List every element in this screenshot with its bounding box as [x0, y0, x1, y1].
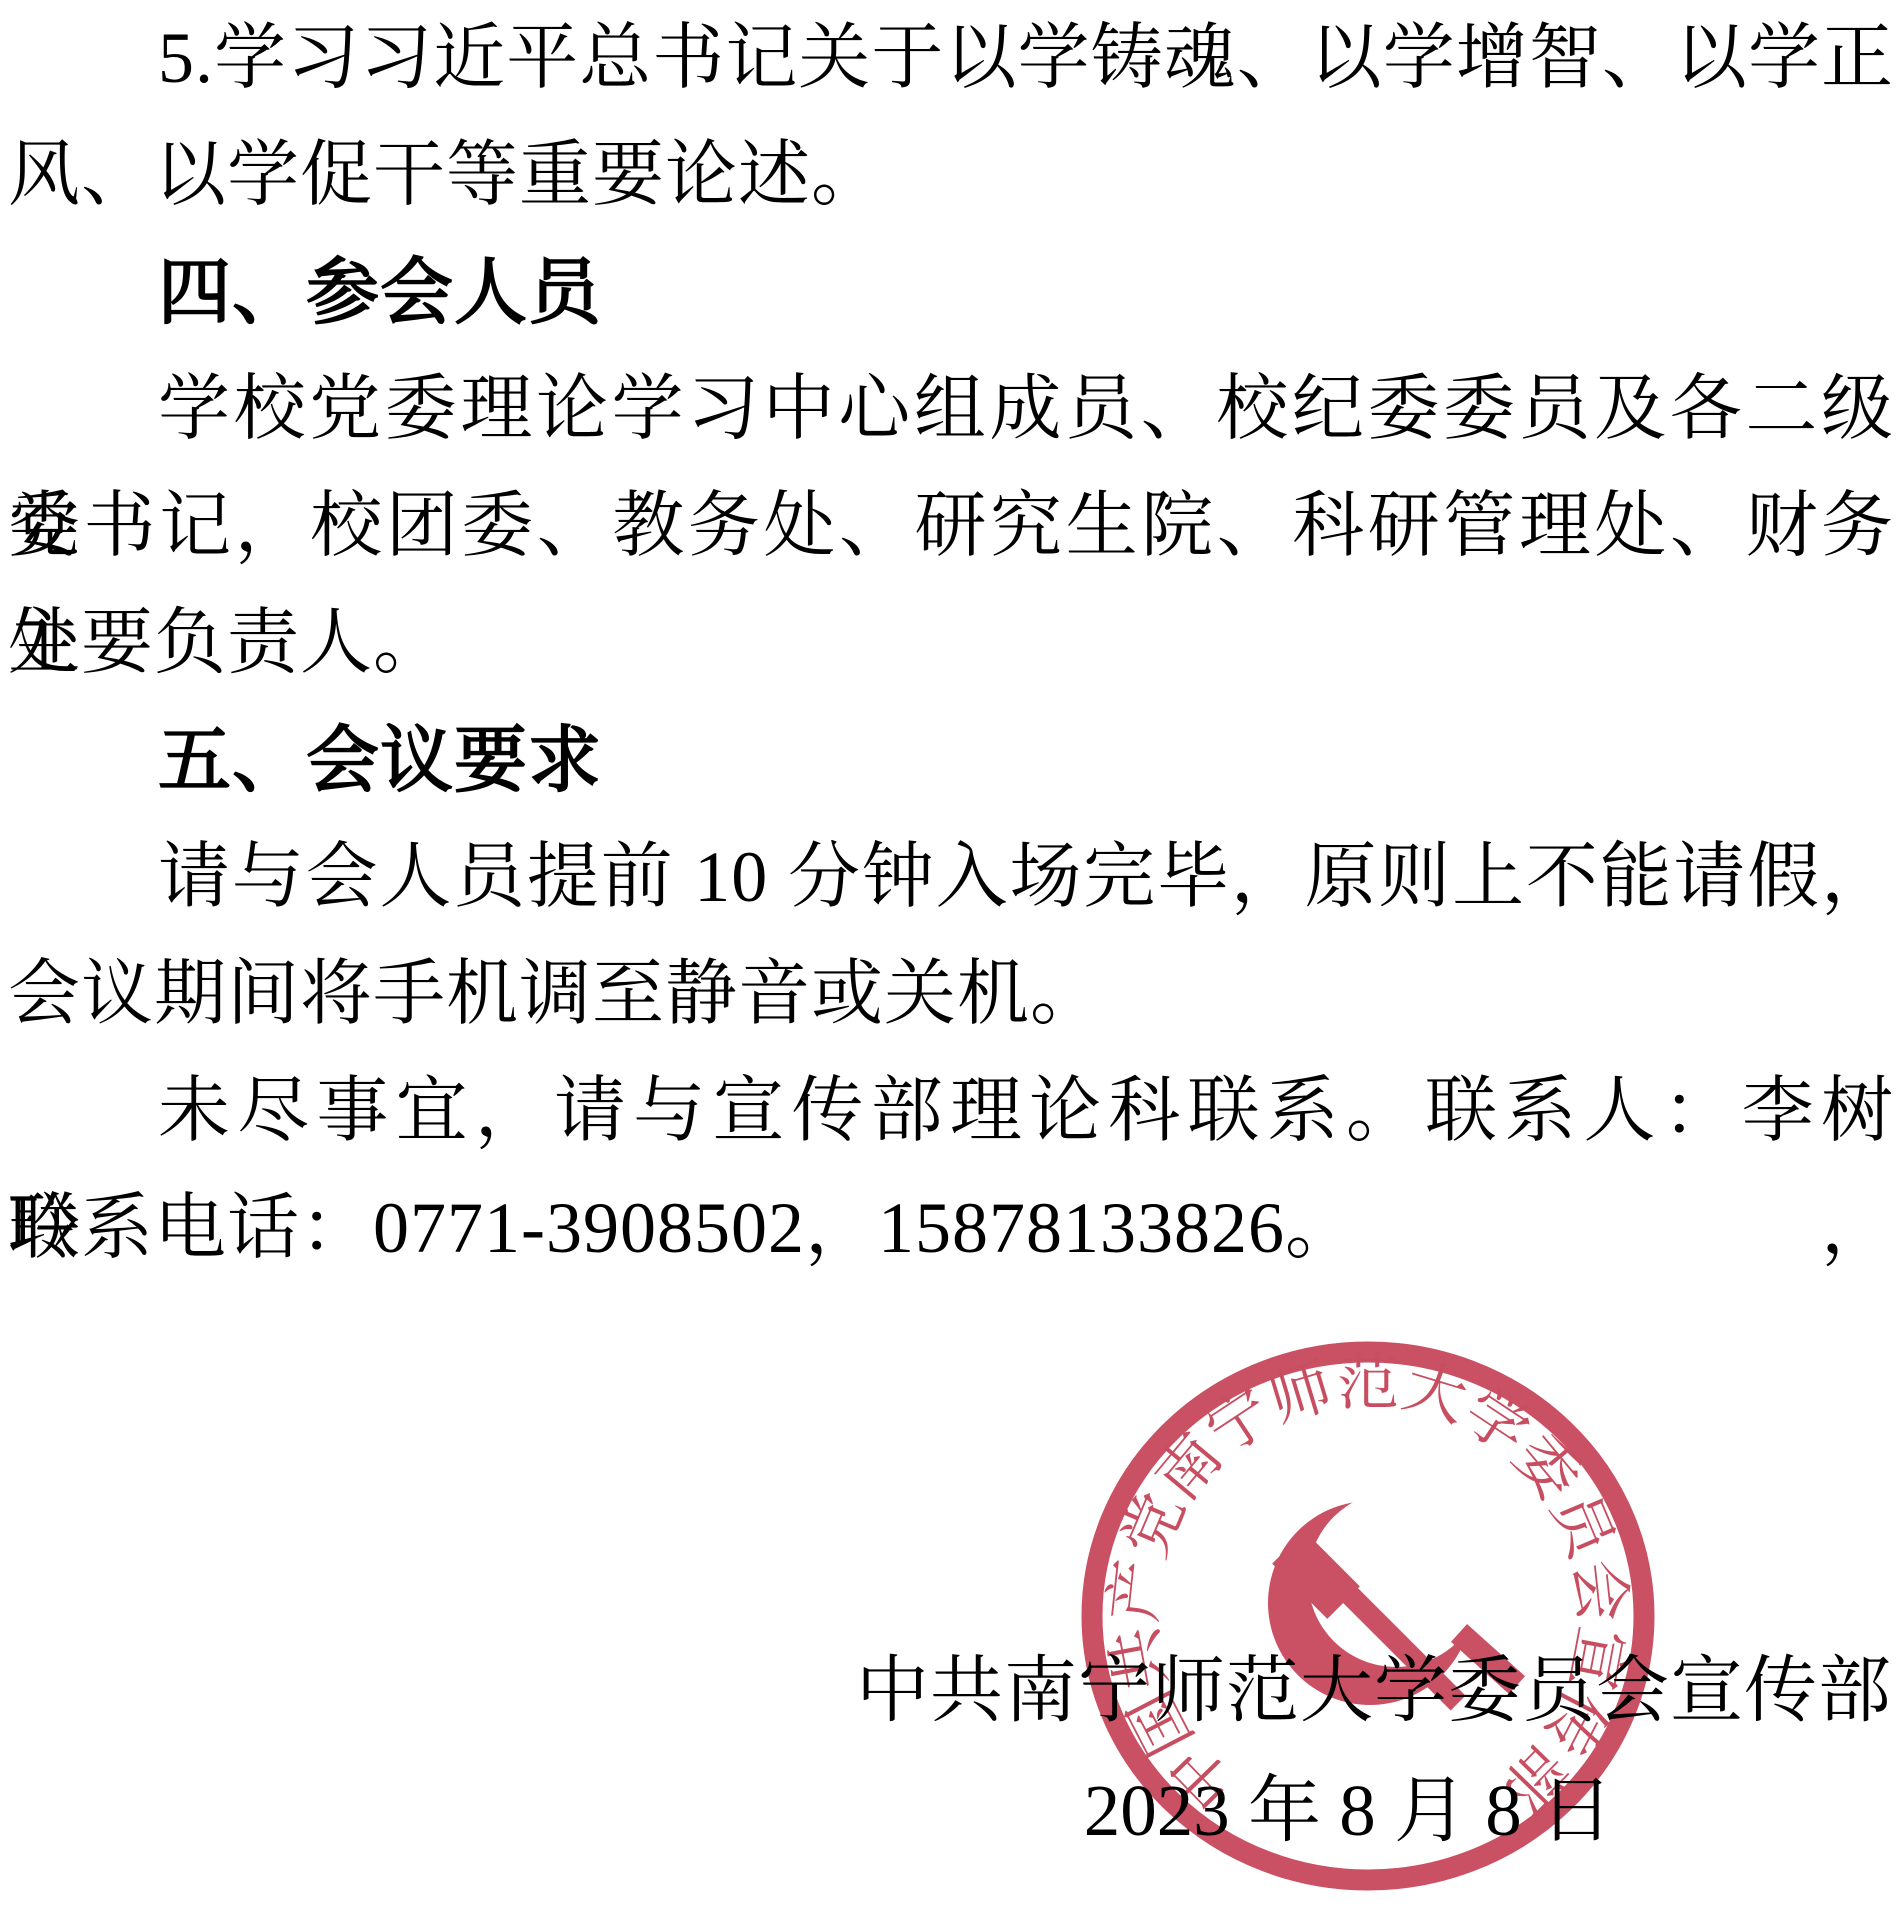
notice-body: 5.学习习近平总书记关于以学铸魂、以学增智、以学正 风、以学促干等重要论述。 四…: [8, 0, 1894, 1287]
body-line: 5.学习习近平总书记关于以学铸魂、以学增智、以学正: [8, 0, 1894, 117]
body-line: 风、以学促干等重要论述。: [8, 117, 1894, 234]
section-heading-5: 五、会议要求: [8, 702, 1894, 819]
body-line: 请与会人员提前 10 分钟入场完毕，原则上不能请假，: [8, 819, 1894, 936]
official-seal: 中国共产党南宁师范大学委员会宣传部: [1058, 1312, 1678, 1909]
document-page: 5.学习习近平总书记关于以学铸魂、以学增智、以学正 风、以学促干等重要论述。 四…: [0, 0, 1902, 1909]
body-line: 会议期间将手机调至静音或关机。: [8, 936, 1894, 1053]
body-line: 学校党委理论学习中心组成员、校纪委委员及各二级党: [8, 351, 1894, 468]
section-heading-4: 四、参会人员: [8, 234, 1894, 351]
party-emblem-icon: [1268, 1491, 1525, 1711]
sickle-handle-icon: [1451, 1624, 1525, 1694]
body-line: 主要负责人。: [8, 585, 1894, 702]
body-line: 未尽事宜，请与宣传部理论科联系。联系人：李树玲，: [8, 1053, 1894, 1170]
body-line: 委书记，校团委、教务处、研究生院、科研管理处、财务处: [8, 468, 1894, 585]
